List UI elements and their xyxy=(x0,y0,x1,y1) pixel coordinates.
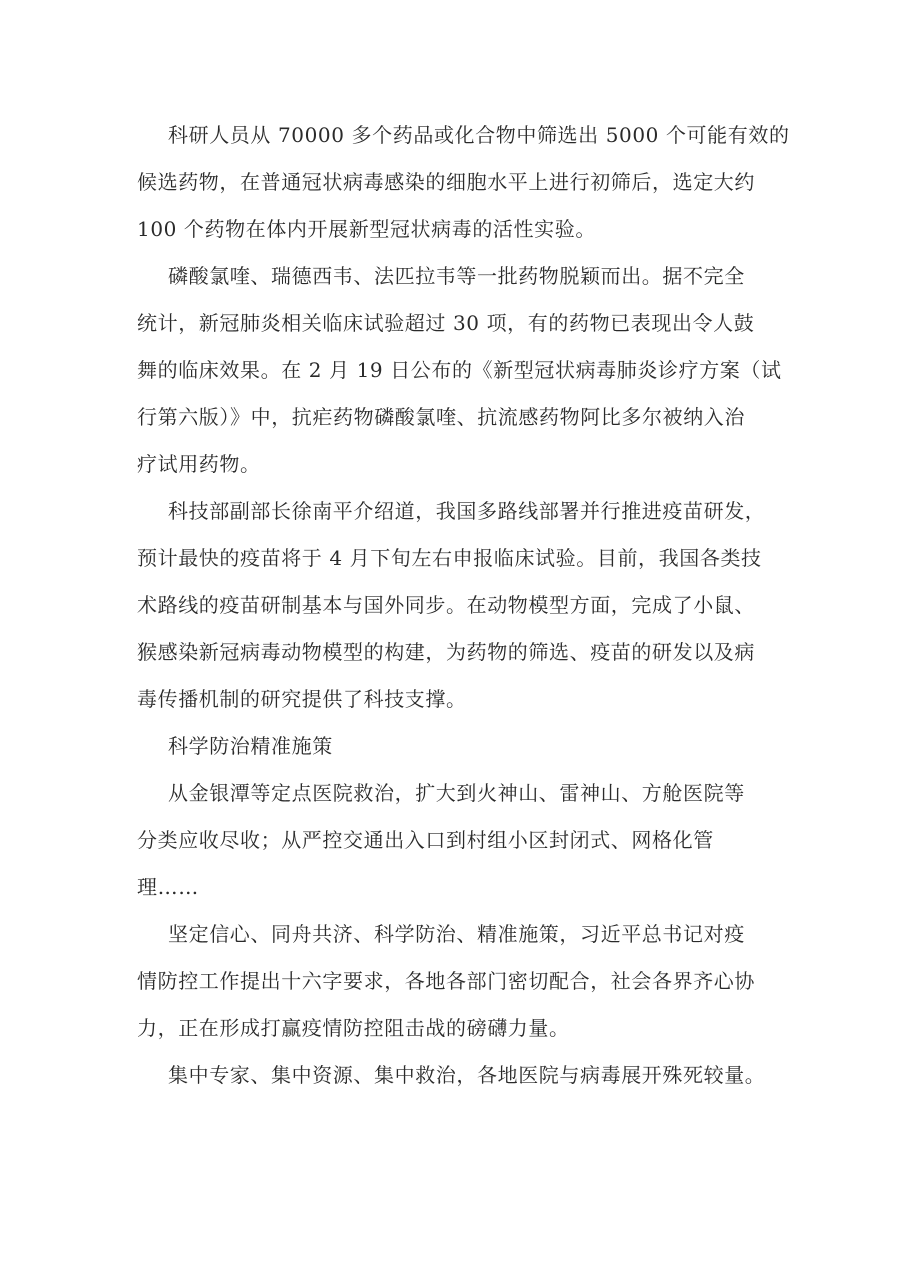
text-line: 磷酸氯喹、瑞德西韦、法匹拉韦等一批药物脱颖而出。据不完全 xyxy=(137,253,767,300)
text-line: 理…… xyxy=(137,864,767,911)
section-heading: 科学防治精准施策 xyxy=(137,723,767,770)
text-line: 情防控工作提出十六字要求，各地各部门密切配合，社会各界齐心协 xyxy=(137,958,767,1005)
text-line: 毒传播机制的研究提供了科技支撑。 xyxy=(137,676,767,723)
text-line: 科技部副部长徐南平介绍道，我国多路线部署并行推进疫苗研发， xyxy=(137,488,767,535)
paragraph-hospital-treatment: 从金银潭等定点医院救治，扩大到火神山、雷神山、方舱医院等 分类应收尽收；从严控交… xyxy=(137,770,767,911)
document-body: 科研人员从 70000 多个药品或化合物中筛选出 5000 个可能有效的 候选药… xyxy=(137,112,767,1099)
text-line: 统计，新冠肺炎相关临床试验超过 30 项，有的药物已表现出令人鼓 xyxy=(137,300,767,347)
text-line: 候选药物，在普通冠状病毒感染的细胞水平上进行初筛后，选定大约 xyxy=(137,159,767,206)
text-line: 术路线的疫苗研制基本与国外同步。在动物模型方面，完成了小鼠、 xyxy=(137,582,767,629)
text-line: 集中专家、集中资源、集中救治，各地医院与病毒展开殊死较量。 xyxy=(137,1052,767,1099)
text-line: 预计最快的疫苗将于 4 月下旬左右申报临床试验。目前，我国各类技 xyxy=(137,535,767,582)
paragraph-vaccine-research: 科技部副部长徐南平介绍道，我国多路线部署并行推进疫苗研发， 预计最快的疫苗将于 … xyxy=(137,488,767,723)
document-page: 科研人员从 70000 多个药品或化合物中筛选出 5000 个可能有效的 候选药… xyxy=(0,0,900,1272)
text-line: 从金银潭等定点医院救治，扩大到火神山、雷神山、方舱医院等 xyxy=(137,770,767,817)
text-line: 猴感染新冠病毒动物模型的构建，为药物的筛选、疫苗的研发以及病 xyxy=(137,629,767,676)
text-line: 疗试用药物。 xyxy=(137,441,767,488)
paragraph-concentrated-resources: 集中专家、集中资源、集中救治，各地医院与病毒展开殊死较量。 xyxy=(137,1052,767,1099)
paragraph-clinical-trials: 磷酸氯喹、瑞德西韦、法匹拉韦等一批药物脱颖而出。据不完全 统计，新冠肺炎相关临床… xyxy=(137,253,767,488)
text-line: 力，正在形成打赢疫情防控阻击战的磅礴力量。 xyxy=(137,1005,767,1052)
heading-line: 科学防治精准施策 xyxy=(137,723,767,770)
text-line: 科研人员从 70000 多个药品或化合物中筛选出 5000 个可能有效的 xyxy=(137,112,767,159)
text-line: 分类应收尽收；从严控交通出入口到村组小区封闭式、网格化管 xyxy=(137,817,767,864)
text-line: 舞的临床效果。在 2 月 19 日公布的《新型冠状病毒肺炎诊疗方案（试 xyxy=(137,347,767,394)
paragraph-drug-screening: 科研人员从 70000 多个药品或化合物中筛选出 5000 个可能有效的 候选药… xyxy=(137,112,767,253)
text-line: 坚定信心、同舟共济、科学防治、精准施策，习近平总书记对疫 xyxy=(137,911,767,958)
text-line: 行第六版）》中，抗疟药物磷酸氯喹、抗流感药物阿比多尔被纳入治 xyxy=(137,394,767,441)
paragraph-sixteen-character-requirement: 坚定信心、同舟共济、科学防治、精准施策，习近平总书记对疫 情防控工作提出十六字要… xyxy=(137,911,767,1052)
text-line: 100 个药物在体内开展新型冠状病毒的活性实验。 xyxy=(137,206,767,253)
